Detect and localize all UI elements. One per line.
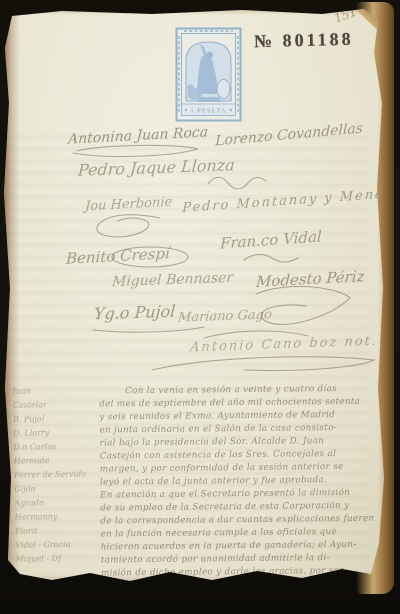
margin-note: D.n Carlos xyxy=(13,439,99,454)
shield-icon xyxy=(217,80,230,99)
signature-flourish xyxy=(108,244,192,274)
signature-flourish xyxy=(240,250,302,270)
revenue-stamp: 1 PESETA xyxy=(175,27,242,122)
margin-note: Juan xyxy=(12,383,98,398)
margin-note: D. Llarry xyxy=(13,425,99,440)
margin-note: B. Pujol xyxy=(13,411,99,426)
signature-flourish xyxy=(205,172,271,196)
stamp-denomination: 1 PESETA xyxy=(190,108,226,115)
margin-note: Castelar xyxy=(13,397,99,412)
margin-note: Ferrer de Servido xyxy=(14,467,100,482)
margin-note: Hermida xyxy=(14,453,100,468)
body-line: misión de dicho empleo y darle las graci… xyxy=(101,565,385,581)
signature-flourish xyxy=(148,352,384,382)
scanned-page: 1 PESETA № 801188 151 Antonina Juan Roca… xyxy=(2,8,388,586)
scanned-document-photo: 1 PESETA № 801188 151 Antonina Juan Roca… xyxy=(0,0,400,614)
margin-note: Florit xyxy=(15,523,101,538)
folio-number: 151 xyxy=(332,5,358,26)
margin-note: Agrado xyxy=(14,495,100,510)
body-text: Con la venia en sesión a veinte y cuatro… xyxy=(99,383,385,581)
margin-note: Vidal - Gracia xyxy=(15,537,101,552)
serial-number: № 801188 xyxy=(254,29,354,53)
margin-notes: Juan Castelar B. Pujol D. Llarry D.n Car… xyxy=(12,383,101,566)
revenue-stamp-graphic: 1 PESETA xyxy=(175,27,242,122)
margin-note: Gijón xyxy=(14,481,100,496)
page-edge-top xyxy=(2,8,388,15)
margin-note: Hermanny xyxy=(15,509,101,524)
margin-note: Miquel - Df xyxy=(15,551,101,566)
